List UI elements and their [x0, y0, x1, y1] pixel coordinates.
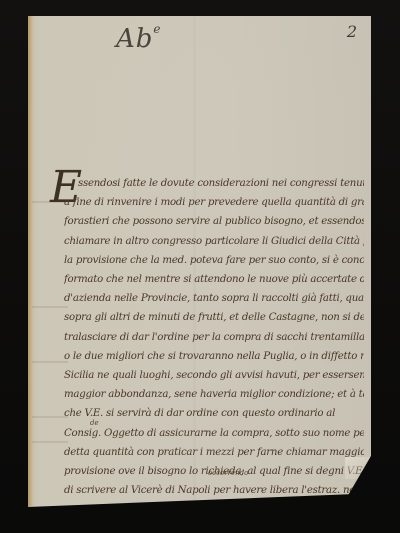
- ink-bleed-mark: [32, 416, 68, 418]
- text-line: tralasciare di dar l'ordine per la compr…: [64, 328, 364, 347]
- text-line: forastieri che possono servire al public…: [64, 212, 364, 231]
- text-line: maggior abbondanza, sene haveria miglior…: [64, 385, 364, 404]
- text-line: chiamare in altro congresso particolare …: [64, 232, 364, 251]
- text-line: di scrivere al Vicerè di Napoli per have…: [64, 481, 364, 500]
- text-line: Consig. Oggetto di assicurarne la compra…: [64, 424, 364, 443]
- ink-bleed-mark: [32, 361, 68, 363]
- text-line: d'azienda nelle Provincie, tanto sopra l…: [64, 289, 364, 308]
- text-line: a fine di rinvenire i modi per prevedere…: [64, 193, 364, 212]
- heading-superscript: e: [153, 22, 161, 36]
- text-line: sopra gli altri de minuti de frutti, et …: [64, 308, 364, 327]
- text-line: formato che nel mentre si attendono le n…: [64, 270, 364, 289]
- folio-heading: Abe: [116, 22, 162, 54]
- page-number: 2: [347, 22, 357, 41]
- text-line: che V.E. si servirà di dar ordine con qu…: [64, 404, 364, 423]
- photo-stage: Abe 2 E ssendosi fatte le dovute conside…: [0, 0, 400, 533]
- text-line: detta quantità con praticar i mezzi per …: [64, 443, 364, 462]
- letter-body: ssendosi fatte le dovute considerazioni …: [64, 174, 364, 500]
- text-line: Sicilia ne quali luoghi, secondo gli avv…: [64, 366, 364, 385]
- interlinear-note: de: [90, 419, 99, 427]
- heading-text: Ab: [116, 24, 153, 54]
- ink-bleed-mark: [32, 441, 68, 443]
- manuscript-page: Abe 2 E ssendosi fatte le dovute conside…: [28, 16, 371, 507]
- torn-corner: [345, 457, 371, 479]
- interlinear-note: occorrendo: [208, 469, 248, 477]
- ink-bleed-mark: [32, 306, 68, 308]
- text-line: ssendosi fatte le dovute considerazioni …: [64, 174, 364, 193]
- text-line: o le due migliori che si trovaranno nell…: [64, 347, 364, 366]
- text-line: la provisione che la med. poteva fare pe…: [64, 251, 364, 270]
